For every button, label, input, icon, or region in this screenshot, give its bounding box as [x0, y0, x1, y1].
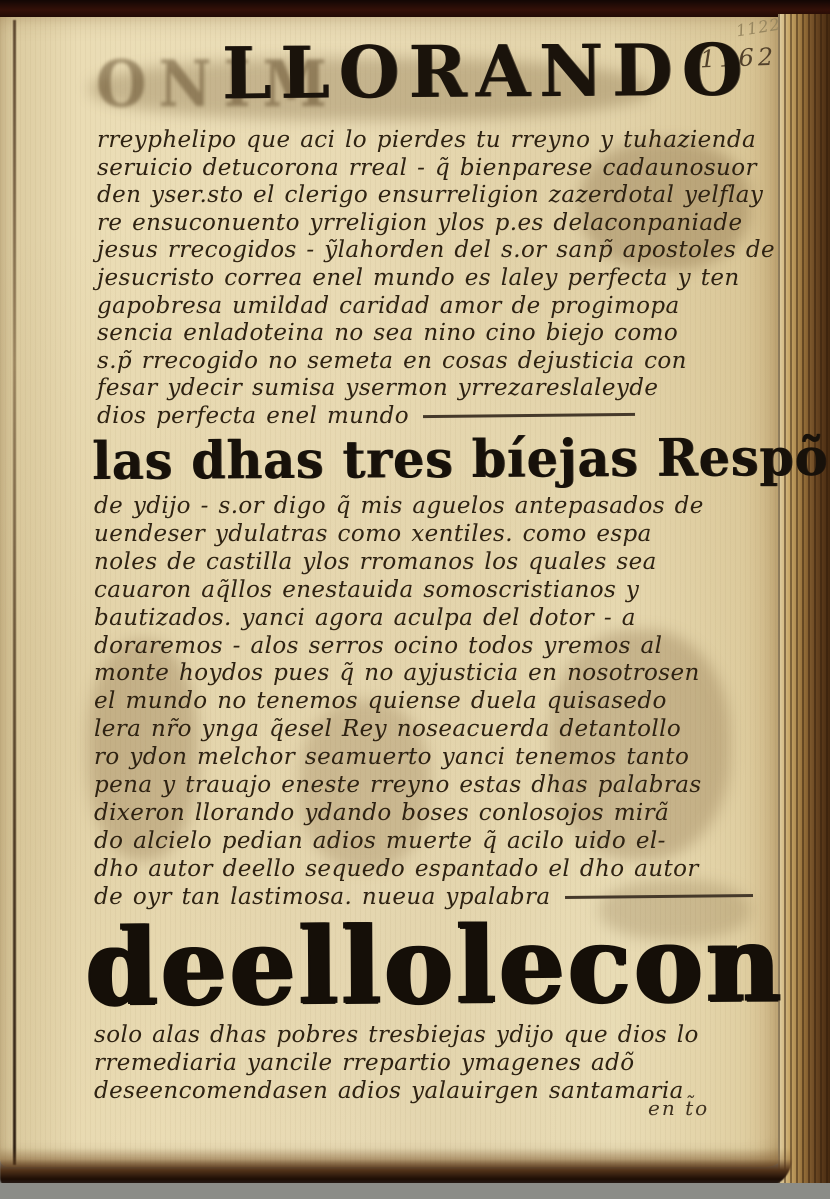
table-background — [0, 1183, 830, 1199]
section-heading: las dhas tres bíejas Respõ — [92, 428, 828, 489]
manuscript-line: uendeser ydulatras como xentiles. como e… — [94, 521, 772, 549]
manuscript-line: jesucristo correa enel mundo es laley pe… — [97, 265, 769, 293]
manuscript-line: dixeron llorando ydando boses conlosojos… — [94, 800, 772, 828]
manuscript-line: pena y trauajo eneste rreyno estas dhas … — [94, 772, 772, 800]
ink-rule — [565, 894, 753, 899]
paragraph-3: solo alas dhas pobres tresbiejas ydijo q… — [94, 1021, 776, 1106]
display-heading: deellolecon — [86, 908, 785, 1024]
gutter-fold-line — [13, 20, 16, 1165]
manuscript-line: rremediaria yancile rrepartio ymagenes a… — [94, 1049, 776, 1077]
manuscript-line: rreyphelipo que aci lo pierdes tu rreyno… — [97, 127, 769, 155]
paragraph-1: rreyphelipo que aci lo pierdes tu rreyno… — [97, 127, 769, 431]
manuscript-line: seruicio detucorona rreal - q̃ bienpares… — [97, 155, 769, 183]
manuscript-line: sencia enladoteina no sea nino cino biej… — [97, 320, 769, 348]
manuscript-line: den yser.sto el clerigo ensurreligion za… — [97, 182, 769, 210]
manuscript-line: lera nr̃o ynga q̃esel Rey noseacuerda de… — [94, 716, 772, 744]
manuscript-line: noles de castilla ylos rromanos los qual… — [94, 549, 772, 577]
manuscript-line: jesus rrecogidos - ỹlahorden del s.or sa… — [97, 237, 769, 265]
catchword: en t̃o — [648, 1096, 709, 1120]
book-fore-edge — [778, 14, 830, 1184]
paragraph-2: de ydijo - s.or digo q̃ mis aguelos ante… — [94, 493, 772, 912]
manuscript-line: monte hoydos pues q̃ no ayjusticia en no… — [94, 660, 772, 688]
manuscript-line: solo alas dhas pobres tresbiejas ydijo q… — [94, 1021, 776, 1049]
manuscript-line: cauaron aq̃llos enestauida somoscristian… — [94, 577, 772, 605]
manuscript-line: gapobresa umildad caridad amor de progim… — [97, 293, 769, 321]
manuscript-line: do alcielo pedian adios muerte q̃ acilo … — [94, 828, 772, 856]
manuscript-line: de ydijo - s.or digo q̃ mis aguelos ante… — [94, 493, 772, 521]
ink-rule — [423, 413, 635, 418]
manuscript-line: re ensuconuento yrreligion ylos p.es del… — [97, 210, 769, 238]
manuscript-line: ro ydon melchor seamuerto yanci tenemos … — [94, 744, 772, 772]
manuscript-line: s.p̃ rrecogido no semeta en cosas dejust… — [97, 348, 769, 376]
manuscript-line: dho autor deello sequedo espantado el dh… — [94, 856, 772, 884]
manuscript-line: bautizados. yanci agora aculpa del dotor… — [94, 605, 772, 633]
manuscript-line: doraremos - alos serros ocino todos yrem… — [94, 633, 772, 661]
page-title: LLORANDO — [222, 31, 752, 112]
manuscript-scan: ONIM 1122 1162 LLORANDO rreyphelipo que … — [0, 0, 830, 1199]
manuscript-line: fesar ydecir sumisa ysermon yrrezareslal… — [97, 375, 769, 403]
page-bottom-edge — [0, 1148, 792, 1188]
manuscript-line: el mundo no tenemos quiense duela quisas… — [94, 688, 772, 716]
